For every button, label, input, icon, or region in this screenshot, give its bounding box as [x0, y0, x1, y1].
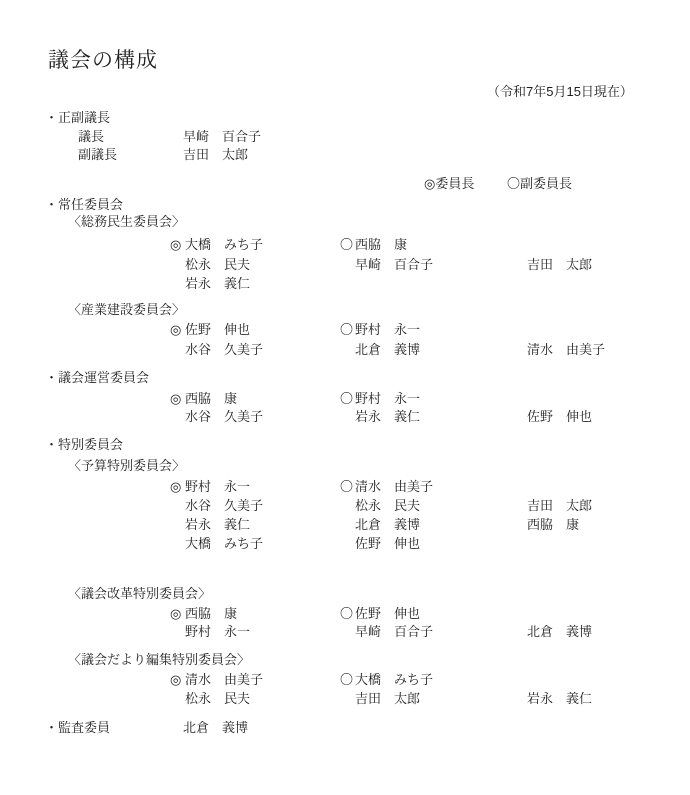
member-name: 吉田 太郎: [527, 257, 592, 272]
chairman-mark: ◎: [170, 477, 185, 496]
member-cell: 早崎 百合子: [340, 622, 433, 641]
committee-name-line: 〈予算特別委員会〉: [0, 456, 690, 475]
member-cell: 北倉 義博: [340, 515, 420, 534]
member-cell: 岩永 義仁: [170, 274, 250, 293]
member-name: 水谷 久美子: [185, 342, 263, 357]
member-cell: 松永 民夫: [170, 255, 250, 274]
member-cell: 〇大橋 みち子: [340, 670, 433, 689]
member-name: 水谷 久美子: [185, 498, 263, 513]
steering-heading-line: ・議会運営委員会: [0, 368, 690, 387]
member-row: ◎大橋 みち子 〇西脇 康: [0, 235, 690, 254]
committee-name: 〈予算特別委員会〉: [68, 456, 185, 475]
member-name: 清水 由美子: [185, 672, 263, 687]
member-cell: ◎野村 永一: [170, 477, 250, 496]
auditor-line: ・監査委員 北倉 義博: [0, 718, 690, 737]
vice-chairman-mark: 〇: [340, 477, 355, 496]
member-cell: 北倉 義博: [527, 622, 592, 641]
member-name: 北倉 義博: [355, 517, 420, 532]
chairman-mark: ◎: [170, 670, 185, 689]
member-cell: 岩永 義仁: [170, 515, 250, 534]
member-name: 佐野 伸也: [527, 409, 592, 424]
legend-vice-chairman: 〇副委員長: [507, 174, 572, 193]
council-composition-page: 議会の構成 （令和7年5月15日現在） ・正副議長 議長 早崎 百合子 副議長 …: [0, 0, 690, 795]
member-name: 西脇 康: [355, 237, 407, 252]
committee-name: 〈議会改革特別委員会〉: [68, 584, 211, 603]
member-name: 早崎 百合子: [355, 624, 433, 639]
committee-name-line: 〈議会改革特別委員会〉: [0, 584, 690, 603]
member-row: 野村 永一 早崎 百合子 北倉 義博: [0, 622, 690, 641]
member-row: 大橋 みち子 佐野 伸也: [0, 534, 690, 553]
member-name: 北倉 義博: [355, 342, 420, 357]
member-cell: 水谷 久美子: [170, 340, 263, 359]
member-row: ◎清水 由美子 〇大橋 みち子: [0, 670, 690, 689]
member-name: 岩永 義仁: [185, 276, 250, 291]
member-cell: 佐野 伸也: [527, 407, 592, 426]
member-name: 早崎 百合子: [355, 257, 433, 272]
member-cell: ◎清水 由美子: [170, 670, 263, 689]
member-name: 北倉 義博: [527, 624, 592, 639]
member-name: 岩永 義仁: [185, 517, 250, 532]
chairman-mark: ◎: [170, 604, 185, 623]
member-row: 岩永 義仁: [0, 274, 690, 293]
member-cell: ◎西脇 康: [170, 604, 237, 623]
member-name: 野村 永一: [185, 479, 250, 494]
member-cell: 早崎 百合子: [340, 255, 433, 274]
member-name: 岩永 義仁: [355, 409, 420, 424]
member-name: 水谷 久美子: [185, 409, 263, 424]
vice-chairman-mark: 〇: [340, 235, 355, 254]
member-name: 佐野 伸也: [355, 536, 420, 551]
member-row: ◎佐野 伸也 〇野村 永一: [0, 320, 690, 339]
member-cell: 〇佐野 伸也: [340, 604, 420, 623]
section-heading-steering: ・議会運営委員会: [45, 368, 149, 387]
member-cell: 松永 民夫: [170, 689, 250, 708]
member-row: 松永 民夫 吉田 太郎 岩永 義仁: [0, 689, 690, 708]
committee-name: 〈議会だより編集特別委員会〉: [68, 650, 250, 669]
member-cell: 吉田 太郎: [340, 689, 420, 708]
date-note: （令和7年5月15日現在）: [487, 82, 633, 101]
member-name: 清水 由美子: [355, 479, 433, 494]
member-row: 水谷 久美子 松永 民夫 吉田 太郎: [0, 496, 690, 515]
legend-line: ◎委員長 〇副委員長: [0, 174, 690, 193]
member-cell: 岩永 義仁: [527, 689, 592, 708]
legend-chairman: ◎委員長: [424, 174, 474, 193]
member-cell: 〇清水 由美子: [340, 477, 433, 496]
officer-label: 副議長: [78, 145, 117, 164]
chairman-mark: ◎: [170, 389, 185, 408]
member-name: 大橋 みち子: [185, 237, 263, 252]
title-line: 議会の構成: [0, 47, 690, 75]
member-name: 野村 永一: [355, 391, 420, 406]
member-cell: 〇野村 永一: [340, 389, 420, 408]
member-name: 野村 永一: [355, 322, 420, 337]
member-row: 水谷 久美子 北倉 義博 清水 由美子: [0, 340, 690, 359]
member-name: 西脇 康: [185, 606, 237, 621]
member-cell: 清水 由美子: [527, 340, 605, 359]
member-cell: ◎佐野 伸也: [170, 320, 250, 339]
member-name: 佐野 伸也: [185, 322, 250, 337]
officer-name: 吉田 太郎: [183, 145, 248, 164]
member-name: 佐野 伸也: [355, 606, 420, 621]
chairman-mark: ◎: [170, 235, 185, 254]
committee-name: 〈総務民生委員会〉: [68, 212, 185, 231]
member-name: 大橋 みち子: [185, 536, 263, 551]
member-cell: 北倉 義博: [340, 340, 420, 359]
member-cell: ◎大橋 みち子: [170, 235, 263, 254]
section-heading-special: ・特別委員会: [45, 435, 123, 454]
member-row: ◎西脇 康 〇佐野 伸也: [0, 604, 690, 623]
member-row: ◎野村 永一 〇清水 由美子: [0, 477, 690, 496]
page-title: 議会の構成: [48, 47, 158, 75]
member-cell: 松永 民夫: [340, 496, 420, 515]
officer-name: 早崎 百合子: [183, 127, 261, 146]
member-cell: ◎西脇 康: [170, 389, 237, 408]
committee-name: 〈産業建設委員会〉: [68, 300, 185, 319]
member-name: 大橋 みち子: [355, 672, 433, 687]
member-cell: 〇野村 永一: [340, 320, 420, 339]
member-cell: 水谷 久美子: [170, 496, 263, 515]
member-cell: 吉田 太郎: [527, 496, 592, 515]
officer-label: 議長: [78, 127, 104, 146]
member-name: 西脇 康: [527, 517, 579, 532]
member-row: 岩永 義仁 北倉 義博 西脇 康: [0, 515, 690, 534]
auditor-name: 北倉 義博: [183, 718, 248, 737]
member-row: 水谷 久美子 岩永 義仁 佐野 伸也: [0, 407, 690, 426]
member-cell: 岩永 義仁: [340, 407, 420, 426]
member-name: 吉田 太郎: [355, 691, 420, 706]
member-name: 岩永 義仁: [527, 691, 592, 706]
vice-chairman-mark: 〇: [340, 604, 355, 623]
member-cell: 水谷 久美子: [170, 407, 263, 426]
member-name: 野村 永一: [185, 624, 250, 639]
member-cell: 〇西脇 康: [340, 235, 407, 254]
member-name: 松永 民夫: [355, 498, 420, 513]
member-name: 吉田 太郎: [527, 498, 592, 513]
committee-name-line: 〈総務民生委員会〉: [0, 212, 690, 231]
officers-heading-line: ・正副議長: [0, 108, 690, 127]
member-row: ◎西脇 康 〇野村 永一: [0, 389, 690, 408]
member-name: 松永 民夫: [185, 257, 250, 272]
section-heading-auditor: ・監査委員: [45, 718, 110, 737]
member-cell: [340, 274, 355, 293]
member-cell: 野村 永一: [170, 622, 250, 641]
member-cell: 佐野 伸也: [340, 534, 420, 553]
date-line: （令和7年5月15日現在）: [0, 82, 690, 101]
member-cell: 西脇 康: [527, 515, 579, 534]
member-name: 松永 民夫: [185, 691, 250, 706]
chairman-mark: ◎: [170, 320, 185, 339]
member-name: 清水 由美子: [527, 342, 605, 357]
vice-chairman-mark: 〇: [340, 320, 355, 339]
committee-name-line: 〈産業建設委員会〉: [0, 300, 690, 319]
officer-row: 副議長 吉田 太郎: [0, 145, 690, 164]
member-row: 松永 民夫 早崎 百合子 吉田 太郎: [0, 255, 690, 274]
section-heading-officers: ・正副議長: [45, 108, 110, 127]
member-cell: 吉田 太郎: [527, 255, 592, 274]
vice-chairman-mark: 〇: [340, 670, 355, 689]
member-cell: 大橋 みち子: [170, 534, 263, 553]
vice-chairman-mark: 〇: [340, 389, 355, 408]
officer-row: 議長 早崎 百合子: [0, 127, 690, 146]
committee-name-line: 〈議会だより編集特別委員会〉: [0, 650, 690, 669]
special-heading-line: ・特別委員会: [0, 435, 690, 454]
member-name: 西脇 康: [185, 391, 237, 406]
